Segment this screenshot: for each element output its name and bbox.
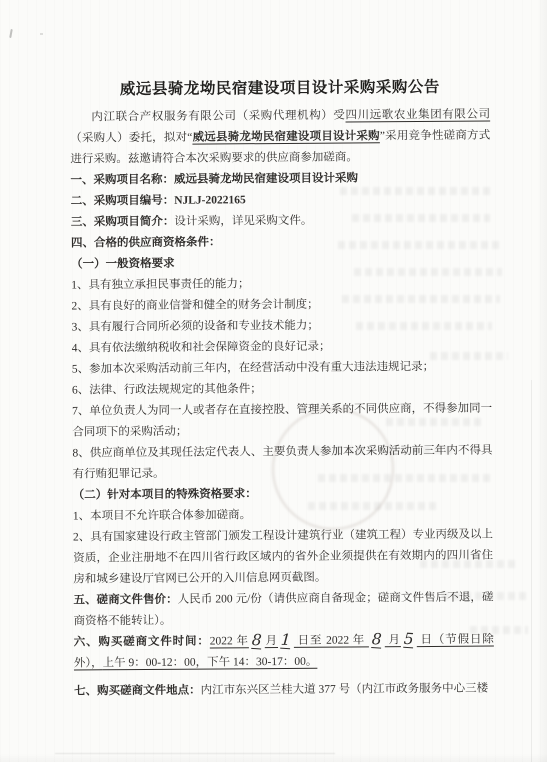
text-run: 7、单位负责人为同一人或者存在直接控股、管理关系的不同供应商，不得参加同一合同项… (72, 403, 492, 439)
document-body: 内江联合产权服务有限公司（采购代理机构）受四川远歌农业集团有限公司（采购人）委托… (70, 105, 494, 703)
scan-speck (40, 33, 43, 35)
text-run: 日至 2022 年 (294, 634, 369, 647)
list-item: 2、具有国家建设行政主管部门颁发工程设计建筑行业（建筑工程）专业丙级及以上资质，… (73, 525, 493, 591)
text-run: 四、合格的供应商资格条件： (71, 236, 221, 249)
text-run: 四川远歌农业集团有限公司 (345, 109, 490, 122)
text-run: 上午 9：00-12：00，下午 14：30-17：00。 (103, 656, 318, 669)
section-3-project-brief: 三、采购项目简介：设计采购，详见采购文件。 (71, 210, 491, 234)
text-run: 月 (265, 635, 278, 647)
list-item: 6、法律、行政法规规定的其他条件； (72, 378, 492, 402)
list-item: 1、本项目不允许联合体参加磋商。 (73, 504, 493, 528)
text-run: 6、法律、行政法规规定的其他条件； (72, 383, 262, 396)
scanned-page: 威远县骑龙坳民宿建设项目设计采购采购公告 内江联合产权服务有限公司（采购代理机构… (0, 0, 547, 762)
text-run: 8、供应商单位及其现任法定代表人、主要负责人参加本次采购活动前三年内不得具有行贿… (72, 445, 492, 481)
text-run: 1、具有独立承担民事责任的能力； (71, 278, 249, 291)
document-title: 威远县骑龙坳民宿建设项目设计采购采购公告 (70, 76, 490, 102)
scan-shadow-bottom (0, 754, 547, 762)
handwritten-digit: 8 (372, 639, 382, 640)
list-item: 7、单位负责人为同一人或者存在直接控股、管理关系的不同供应商，不得参加同一合同项… (72, 399, 492, 444)
section-1-project-name: 一、采购项目名称：威远县骑龙坳民宿建设项目设计采购 (70, 168, 490, 192)
handwritten-digit: 5 (404, 639, 414, 640)
document: 威远县骑龙坳民宿建设项目设计采购采购公告 内江联合产权服务有限公司（采购代理机构… (70, 76, 494, 703)
text-run: 2、具有国家建设行政主管部门颁发工程设计建筑行业（建筑工程）专业丙级及以上资质，… (73, 529, 493, 586)
text-run: 一、采购项目名称：威远县骑龙坳民宿建设项目设计采购 (70, 172, 358, 186)
text-run: 威远县骑龙坳民宿建设项目设计采购 (192, 130, 380, 143)
text-run: 1、本项目不允许联合体参加磋商。 (73, 509, 251, 522)
special-qualification-heading: （二）针对本项目的特殊资格要求： (73, 483, 493, 507)
list-item: 3、具有履行合同所必须的设备和专业技术能力； (71, 315, 491, 339)
list-item: 4、具有依法缴纳税收和社会保障资金的良好记录； (72, 336, 492, 360)
general-qualification-heading: （一）一般资格要求 (71, 252, 491, 276)
text-run: （一）一般资格要求 (71, 258, 175, 271)
text-run: 三、采购项目简介： (71, 216, 175, 229)
handwritten-digit: 8 (252, 640, 262, 641)
list-item: 2、具有良好的商业信誉和健全的财务会计制度； (71, 294, 491, 318)
text-run: 月 (385, 634, 401, 646)
text-run: 七、购买磋商文件地点： (74, 685, 201, 698)
text-run: 2022 年 (210, 635, 249, 647)
scan-shadow-right (537, 0, 547, 762)
text-run: 设计采购，详见采购文件。 (174, 215, 312, 228)
text-run: 六、购买磋商文件时间： (74, 636, 210, 649)
text-run: 2、具有良好的商业信誉和健全的财务会计制度； (71, 299, 318, 313)
text-run: 二、采购项目编号： (71, 195, 175, 208)
list-item: 1、具有独立承担民事责任的能力； (71, 273, 491, 297)
text-run: NJLJ-2022165 (174, 194, 246, 206)
section-5-document-price: 五、磋商文件售价：人民币 200 元/份（请供应商自备现金；磋商文件售后不退，磋… (73, 588, 493, 633)
text-run: 内江联合产权服务有限公司（采购代理机构）受 (91, 110, 345, 124)
section-4-qualification-heading: 四、合格的供应商资格条件： (71, 231, 491, 255)
page-edge-line (531, 380, 532, 762)
section-6-purchase-time: 六、购买磋商文件时间：2022 年8月1 日至 2022 年 8 月5 日（节假… (74, 630, 494, 675)
text-run: 3、具有履行合同所必须的设备和专业技术能力； (72, 320, 319, 334)
intro-paragraph: 内江联合产权服务有限公司（采购代理机构）受四川远歌农业集团有限公司（采购人）委托… (70, 105, 490, 171)
text-run: 内江市东兴区兰桂大道 377 号（内江市政务服务中心三楼 (201, 683, 489, 697)
handwritten-digit: 1 (281, 640, 291, 641)
staple-mark (9, 29, 13, 38)
text-run: 4、具有依法缴纳税收和社会保障资金的良好记录； (72, 341, 331, 355)
text-run: （采购人）委托，拟对“ (70, 132, 192, 145)
section-7-purchase-location: 七、购买磋商文件地点：内江市东兴区兰桂大道 377 号（内江市政务服务中心三楼 (74, 679, 494, 703)
list-item: 8、供应商单位及其现任法定代表人、主要负责人参加本次采购活动前三年内不得具有行贿… (72, 441, 492, 486)
list-item: 5、参加本次采购活动前三年内，在经营活动中没有重大违法违规记录； (72, 357, 492, 381)
text-run: （二）针对本项目的特殊资格要求： (73, 488, 257, 501)
text-run: 5、参加本次采购活动前三年内，在经营活动中没有重大违法违规记录； (72, 361, 434, 376)
section-2-project-number: 二、采购项目编号：NJLJ-2022165 (71, 189, 491, 213)
text-run: 五、磋商文件售价： (73, 594, 177, 607)
